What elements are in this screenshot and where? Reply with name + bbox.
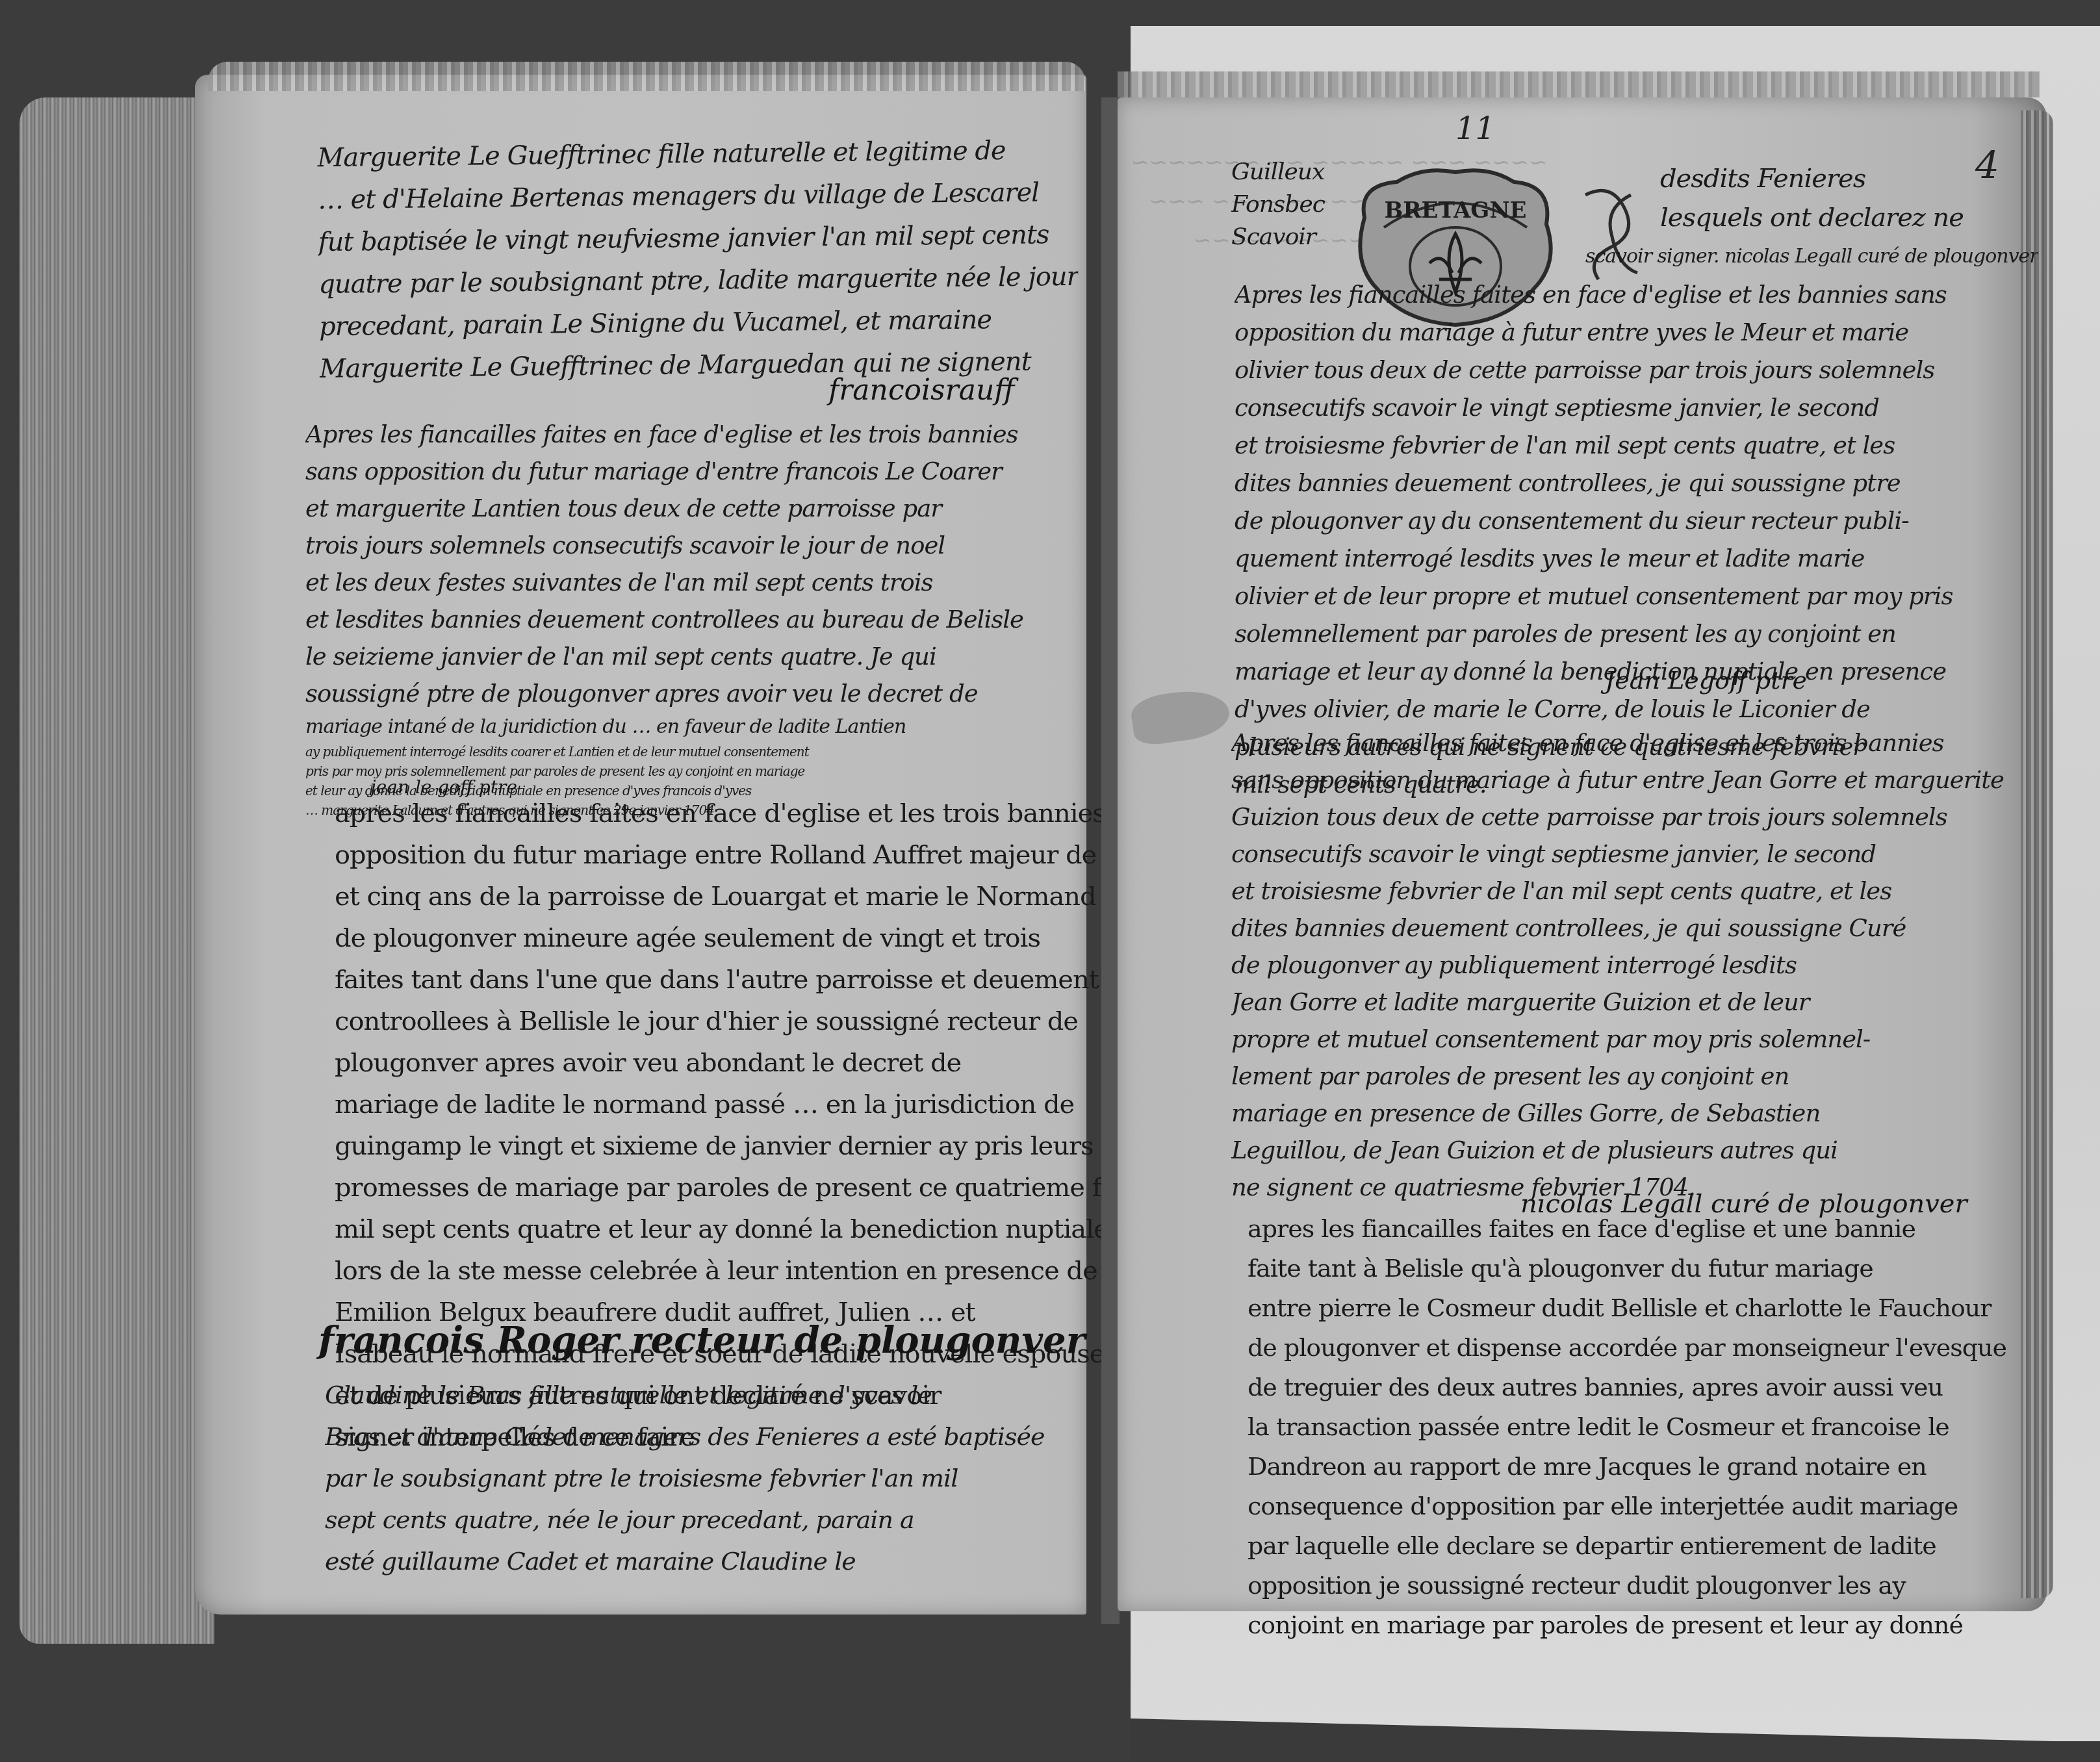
right-header-signature-line: scavoir signer. nicolas Legall curé de p… [1585, 240, 2038, 273]
right-entry-3: apres les fiancailles faites en face d'e… [1248, 1169, 2006, 1645]
text-line: quatre par le soubsignant ptre, ladite m… [318, 256, 1079, 306]
text-line: Fonsbec [1231, 188, 1325, 221]
text-line: de plougonver et dispense accordée par m… [1248, 1328, 2006, 1368]
text-line: guingamp le vingt et sixieme de janvier … [335, 1125, 1201, 1167]
text-line: Claudine le Bras fille naturelle et legi… [325, 1374, 1045, 1416]
text-line: consecutifs scavoir le vingt septiesme j… [1231, 836, 2004, 873]
text-line: solemnellement par paroles de present le… [1235, 615, 1953, 653]
text-line: faites tant dans l'une que dans l'autre … [335, 959, 1201, 1001]
text-line: Apres les fiancailles faites en face d'e… [305, 416, 1023, 453]
text-line: apres les fiancailles faites en face d'e… [335, 793, 1201, 834]
left-entry-2: Apres les fiancailles faites en face d'e… [305, 416, 1023, 820]
margin-names: Guilleux Fonsbec Scavoir [1231, 156, 1325, 253]
text-line: scavoir signer. nicolas Legall curé de p… [1585, 240, 2038, 273]
text-line: la transaction passée entre ledit le Cos… [1248, 1407, 2006, 1447]
text-line: quement interrogé lesdits yves le meur e… [1235, 540, 1953, 578]
text-line: propre et mutuel consentement par moy pr… [1231, 1021, 2004, 1058]
text-line: dites bannies deuement controllees, je q… [1231, 910, 2004, 947]
text-line: sans opposition du mariage à futur entre… [1231, 761, 2004, 798]
text-line: sept cents quatre, née le jour precedant… [325, 1499, 1045, 1540]
text-line: par laquelle elle declare se departir en… [1248, 1526, 2006, 1566]
text-line: olivier tous deux de cette parroisse par… [1235, 351, 1953, 389]
text-line: dites bannies deuement controllees, je q… [1235, 465, 1953, 502]
text-line: de plougonver ay publiquement interrogé … [1231, 947, 2004, 984]
text-line: mariage et leur ay donné la benediction … [1235, 653, 1953, 691]
text-line: Scavoir [1231, 221, 1325, 253]
text-line: plougonver apres avoir veu abondant le d… [335, 1042, 1201, 1084]
text-line: et cinq ans de la parroisse de Louargat … [335, 876, 1201, 917]
left-page-top-edge [208, 62, 1085, 91]
text-line: de plougonver ay du consentement du sieu… [1235, 502, 1953, 540]
text-line: conjoint en mariage par paroles de prese… [1248, 1605, 2006, 1645]
text-line: ay publiquement interrogé lesdits coarer… [305, 742, 1023, 761]
text-line: opposition du mariage à futur entre yves… [1235, 314, 1953, 351]
text-line: Marguerite Le Guefftrinec fille naturell… [317, 129, 1077, 179]
text-line: mariage intané de la juridiction du … en… [305, 712, 1023, 742]
text-line: promesses de mariage par paroles de pres… [335, 1167, 1201, 1208]
text-line: et troisiesme febvrier de l'an mil sept … [1231, 873, 2004, 910]
right-page-top-edge [1118, 71, 2040, 97]
text-line: sans opposition du futur mariage d'entre… [305, 453, 1023, 490]
text-line: opposition je soussigné recteur dudit pl… [1248, 1566, 2006, 1605]
text-line: precedant, parain Le Sinigne du Vucamel,… [319, 298, 1079, 348]
text-line: et troisiesme febvrier de l'an mil sept … [1235, 427, 1953, 465]
book-gutter [1101, 97, 1120, 1624]
page-number: 4 [1975, 143, 1999, 187]
text-line: mil sept cents quatre et leur ay donné l… [335, 1208, 1201, 1250]
book-page-edges [19, 97, 214, 1644]
signature: francois Roger recteur de plougonver [318, 1319, 1085, 1362]
text-line: et marguerite Lantien tous deux de cette… [305, 490, 1023, 527]
signature: Jean Legoff ptre [1605, 666, 1807, 695]
text-line: et les deux festes suivantes de l'an mil… [305, 564, 1023, 601]
left-entry-4: Claudine le Bras fille naturelle et legi… [325, 1374, 1045, 1582]
text-line: Apres les fiancailles faites en face d'e… [1235, 276, 1953, 314]
text-line: lors de la ste messe celebrée à leur int… [335, 1250, 1201, 1292]
text-line: entre pierre le Cosmeur dudit Bellisle e… [1248, 1288, 2006, 1328]
text-line: Apres les fiancailles faites en face d'e… [1231, 724, 2004, 761]
text-line: de treguier des deux autres bannies, apr… [1248, 1368, 2006, 1407]
text-line: olivier et de leur propre et mutuel cons… [1235, 578, 1953, 615]
text-line: mariage en presence de Gilles Gorre, de … [1231, 1095, 2004, 1132]
text-line: le seizieme janvier de l'an mil sept cen… [305, 638, 1023, 675]
text-line: lesquels ont declarez ne [1660, 198, 1964, 237]
text-line: soussigné ptre de plougonver apres avoir… [305, 675, 1023, 712]
text-line: Jean Gorre et ladite marguerite Guizion … [1231, 984, 2004, 1021]
text-line: et lesdites bannies deuement controllees… [305, 601, 1023, 638]
right-entry-2: Apres les fiancailles faites en face d'e… [1231, 724, 2004, 1206]
text-line: d'yves olivier, de marie le Corre, de lo… [1235, 691, 1953, 728]
text-line: Bras et d'anne Cadet menagers des Fenier… [325, 1416, 1045, 1457]
text-line: Guilleux [1231, 156, 1325, 188]
text-line: controollees à Bellisle le jour d'hier j… [335, 1001, 1201, 1042]
text-line: fut baptisée le vingt neufviesme janvier… [318, 214, 1078, 264]
right-page-edges [2021, 110, 2053, 1598]
text-line: esté guillaume Cadet et maraine Claudine… [325, 1540, 1045, 1582]
text-line: Guizion tous deux de cette parroisse par… [1231, 798, 2004, 836]
text-line: par le soubsignant ptre le troisiesme fe… [325, 1457, 1045, 1499]
text-line: opposition du futur mariage entre Rollan… [335, 834, 1201, 876]
text-line: consecutifs scavoir le vingt septiesme j… [1235, 389, 1953, 427]
text-line: consequence d'opposition par elle interj… [1248, 1487, 2006, 1526]
text-line: trois jours solemnels consecutifs scavoi… [305, 527, 1023, 564]
text-line: … et d'Helaine Bertenas menagers du vill… [318, 172, 1078, 222]
text-line: Leguillou, de Jean Guizion et de plusieu… [1231, 1132, 2004, 1169]
text-line: mariage de ladite le normand passé … en … [335, 1084, 1201, 1125]
text-line: apres les fiancailles faites en face d'e… [1248, 1209, 2006, 1249]
text-line: faite tant à Belisle qu'à plougonver du … [1248, 1249, 2006, 1288]
text-line: de plougonver mineure agée seulement de … [335, 917, 1201, 959]
text-line: lement par paroles de present les ay con… [1231, 1058, 2004, 1095]
text-line: desdits Fenieres [1660, 159, 1964, 198]
right-header-lines: desdits Fenieres lesquels ont declarez n… [1660, 159, 1964, 237]
left-entry-1: Marguerite Le Guefftrinec fille naturell… [317, 129, 1079, 390]
text-line: Dandreon au rapport de mre Jacques le gr… [1248, 1447, 2006, 1487]
signature: francoisrauff [828, 374, 1014, 407]
stamp-text: BRETAGNE [1385, 198, 1527, 223]
folio-number: 11 [1455, 110, 1495, 147]
